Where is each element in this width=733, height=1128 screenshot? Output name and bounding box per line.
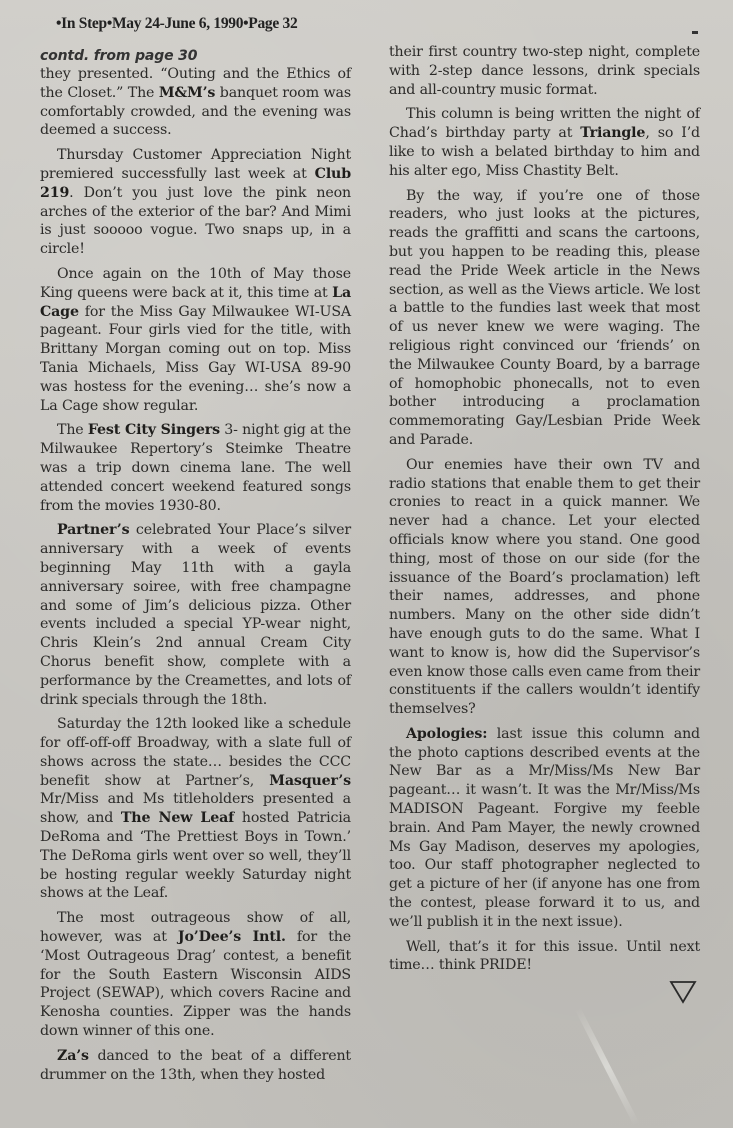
venue-name: M&M’s bbox=[159, 85, 215, 101]
venue-name: Partner’s bbox=[57, 522, 129, 538]
paragraph: Saturday the 12th looked like a schedule… bbox=[40, 715, 351, 903]
paragraph: Once again on the 10th of May those King… bbox=[40, 265, 351, 415]
apologies-label: Apologies: bbox=[406, 726, 487, 742]
paragraph: Thursday Customer Appreciation Night pre… bbox=[40, 146, 351, 259]
left-column: contd. from page 30 they presented. “Out… bbox=[40, 47, 351, 1090]
venue-name: Triangle bbox=[580, 125, 645, 141]
paragraph: Za’s danced to the beat of a different d… bbox=[40, 1047, 351, 1085]
venue-name: Za’s bbox=[57, 1048, 89, 1064]
paragraph: By the way, if you’re one of those reade… bbox=[389, 187, 700, 450]
venue-name: Jo’Dee’s Intl. bbox=[178, 929, 286, 945]
continued-label: contd. from page 30 bbox=[40, 47, 351, 65]
paragraph: Well, that’s it for this issue. Until ne… bbox=[389, 938, 700, 976]
newspaper-page: •In Step•May 24-June 6, 1990•Page 32 con… bbox=[0, 0, 733, 1128]
paragraph: Our enemies have their own TV and radio … bbox=[389, 456, 700, 719]
right-column: their first country two-step night, comp… bbox=[389, 43, 700, 981]
paragraph: their first country two-step night, comp… bbox=[389, 43, 700, 99]
masthead-line: •In Step•May 24-June 6, 1990•Page 32 bbox=[56, 15, 346, 33]
paragraph: Apologies: last issue this column and th… bbox=[389, 725, 700, 932]
paragraph: The Fest City Singers 3- night gig at th… bbox=[40, 421, 351, 515]
paragraph: Partner’s celebrated Your Place’s silver… bbox=[40, 521, 351, 709]
paper-crease bbox=[575, 1007, 639, 1126]
group-name: Fest City Singers bbox=[88, 422, 220, 438]
venue-name: The New Leaf bbox=[121, 810, 234, 826]
paragraph: This column is being written the night o… bbox=[389, 105, 700, 180]
inverted-triangle-icon bbox=[669, 980, 697, 1004]
print-mark bbox=[692, 31, 698, 34]
paragraph: they presented. “Outing and the Ethics o… bbox=[40, 65, 351, 140]
venue-name: Masquer’s bbox=[269, 773, 351, 789]
paragraph: The most outrageous show of all, however… bbox=[40, 909, 351, 1041]
